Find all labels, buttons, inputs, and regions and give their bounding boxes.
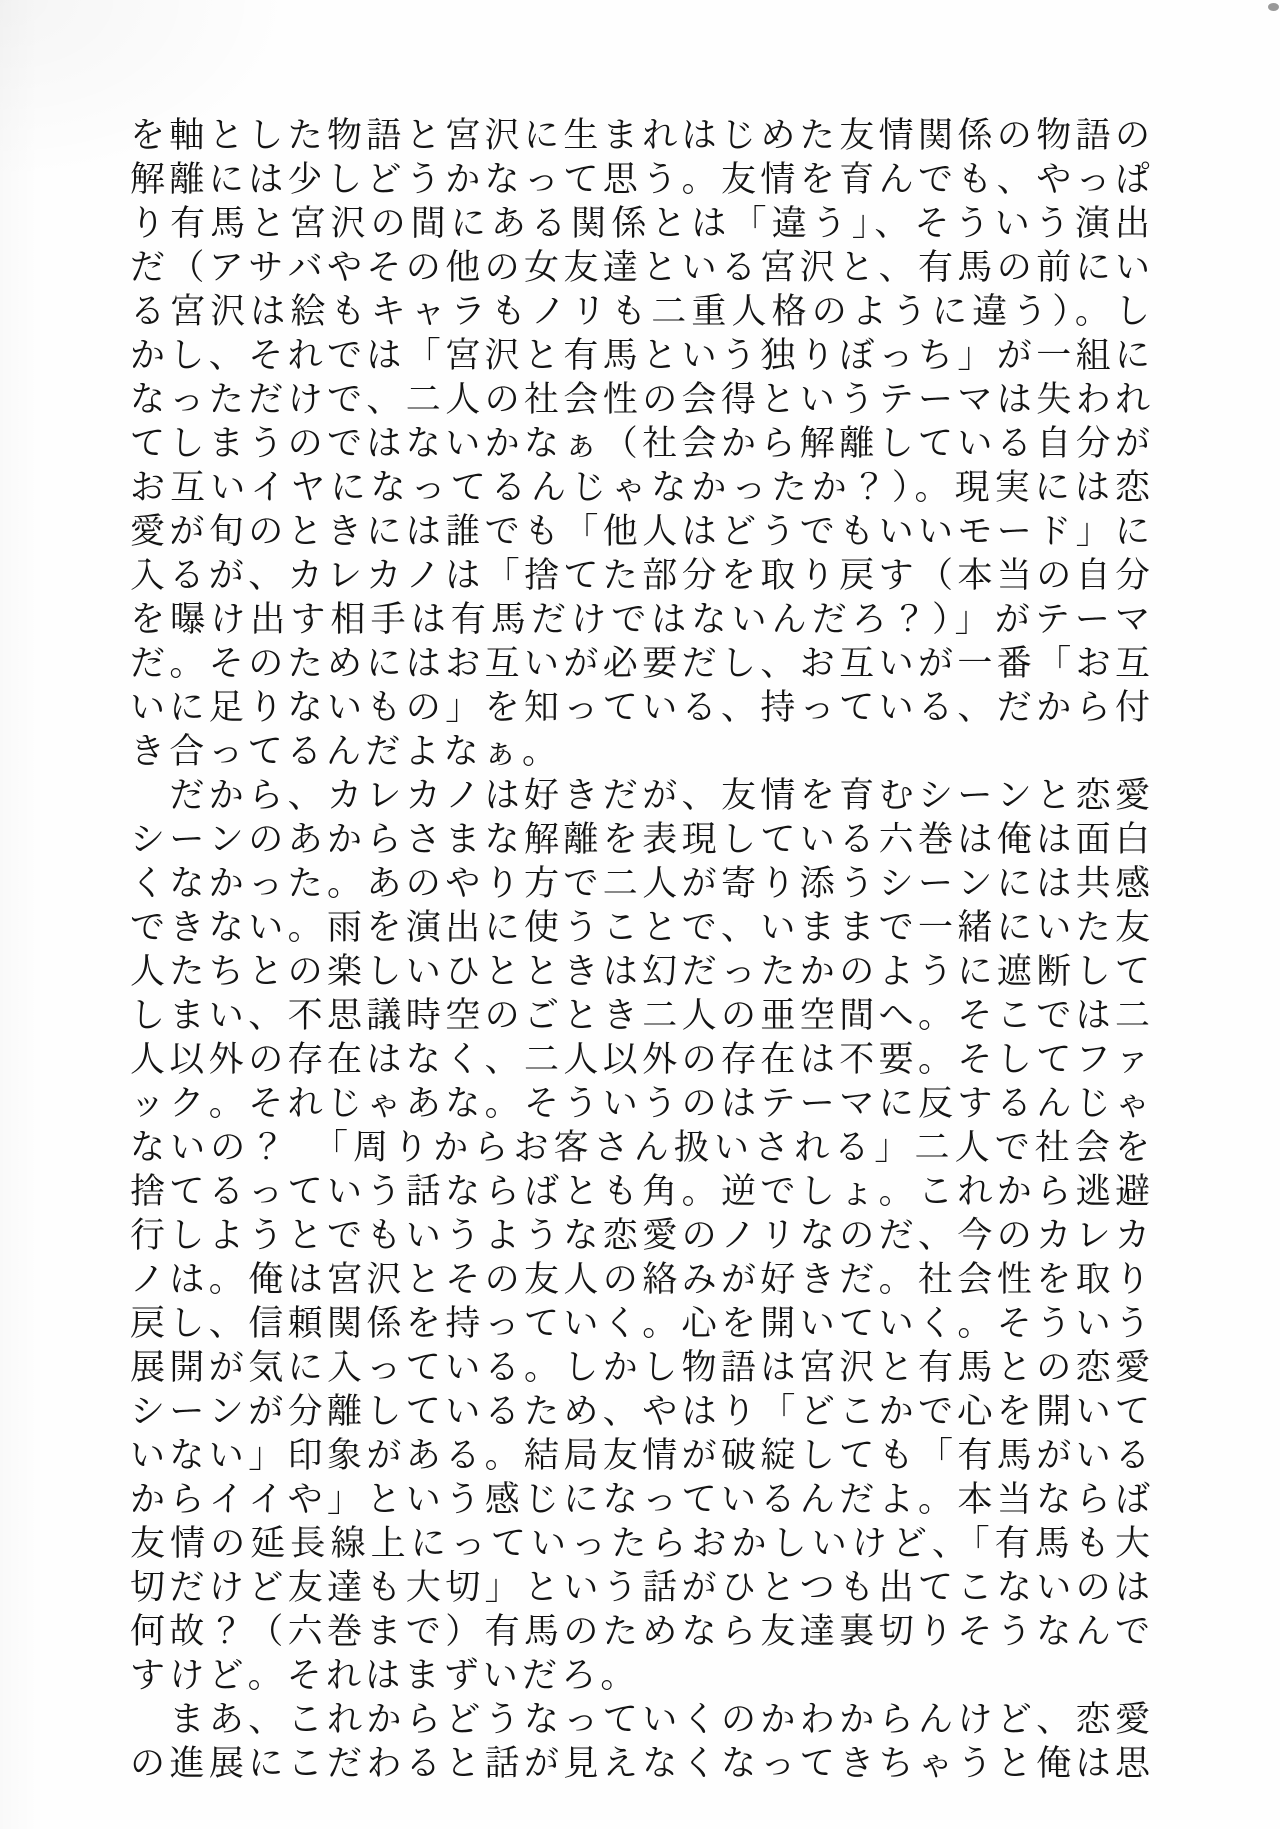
text-line: き合ってるんだよなぁ。 xyxy=(130,730,1150,774)
text-line: 人たちとの楽しいひとときは幻だったかのように遮断して xyxy=(130,950,1150,994)
text-line: 戻し、信頼関係を持っていく。心を開いていく。そういう xyxy=(130,1302,1150,1346)
text-line: シーンのあからさまな解離を表現している六巻は俺は面白 xyxy=(130,818,1150,862)
text-line: 入るが、カレカノは「捨てた部分を取り戻す（本当の自分 xyxy=(130,554,1150,598)
text-line: 切だけど友達も大切」という話がひとつも出てこないのは xyxy=(130,1566,1150,1610)
text-line: いに足りないもの」を知っている、持っている、だから付 xyxy=(130,686,1150,730)
text-line: 人以外の存在はなく、二人以外の存在は不要。そしてファ xyxy=(130,1038,1150,1082)
text-line: 行しようとでもいうような恋愛のノリなのだ、今のカレカ xyxy=(130,1214,1150,1258)
text-line: お互いイヤになってるんじゃなかったか？）。現実には恋 xyxy=(130,466,1150,510)
scanned-document-page: を軸とした物語と宮沢に生まれはじめた友情関係の物語の解離には少しどうかなって思う… xyxy=(0,0,1280,1829)
text-line: できない。雨を演出に使うことで、いままで一緒にいた友 xyxy=(130,906,1150,950)
text-line: シーンが分離しているため、やはり「どこかで心を開いて xyxy=(130,1390,1150,1434)
text-line: だ。そのためにはお互いが必要だし、お互いが一番「お互 xyxy=(130,642,1150,686)
text-line: なっただけで、二人の社会性の会得というテーマは失われ xyxy=(130,378,1150,422)
text-line: まあ、これからどうなっていくのかわからんけど、恋愛 xyxy=(130,1698,1150,1742)
text-line: いない」印象がある。結局友情が破綻しても「有馬がいる xyxy=(130,1434,1150,1478)
essay-text-block: を軸とした物語と宮沢に生まれはじめた友情関係の物語の解離には少しどうかなって思う… xyxy=(130,114,1150,1786)
text-line: を軸とした物語と宮沢に生まれはじめた友情関係の物語の xyxy=(130,114,1150,158)
text-line: 何故？（六巻まで）有馬のためなら友達裏切りそうなんで xyxy=(130,1610,1150,1654)
text-line: の進展にこだわると話が見えなくなってきちゃうと俺は思 xyxy=(130,1742,1150,1786)
text-line: ないの？ 「周りからお客さん扱いされる」二人で社会を xyxy=(130,1126,1150,1170)
scan-artifact xyxy=(1268,3,1279,11)
text-line: ック。それじゃあな。そういうのはテーマに反するんじゃ xyxy=(130,1082,1150,1126)
text-line: 愛が旬のときには誰でも「他人はどうでもいいモード」に xyxy=(130,510,1150,554)
text-line: しまい、不思議時空のごとき二人の亜空間へ。そこでは二 xyxy=(130,994,1150,1038)
text-line: すけど。それはまずいだろ。 xyxy=(130,1654,1150,1698)
text-line: だ（アサバやその他の女友達といる宮沢と、有馬の前にい xyxy=(130,246,1150,290)
text-line: を曝け出す相手は有馬だけではないんだろ？）」がテーマ xyxy=(130,598,1150,642)
text-line: からイイや」という感じになっているんだよ。本当ならば xyxy=(130,1478,1150,1522)
text-line: だから、カレカノは好きだが、友情を育むシーンと恋愛 xyxy=(130,774,1150,818)
text-line: ノは。俺は宮沢とその友人の絡みが好きだ。社会性を取り xyxy=(130,1258,1150,1302)
text-line: 友情の延長線上にっていったらおかしいけど、「有馬も大 xyxy=(130,1522,1150,1566)
text-line: 解離には少しどうかなって思う。友情を育んでも、やっぱ xyxy=(130,158,1150,202)
text-line: 展開が気に入っている。しかし物語は宮沢と有馬との恋愛 xyxy=(130,1346,1150,1390)
text-line: る宮沢は絵もキャラもノリも二重人格のように違う）。し xyxy=(130,290,1150,334)
text-line: てしまうのではないかなぁ（社会から解離している自分が xyxy=(130,422,1150,466)
text-line: くなかった。あのやり方で二人が寄り添うシーンには共感 xyxy=(130,862,1150,906)
text-line: かし、それでは「宮沢と有馬という独りぼっち」が一組に xyxy=(130,334,1150,378)
text-line: り有馬と宮沢の間にある関係とは「違う」、そういう演出 xyxy=(130,202,1150,246)
text-line: 捨てるっていう話ならばとも角。逆でしょ。これから逃避 xyxy=(130,1170,1150,1214)
